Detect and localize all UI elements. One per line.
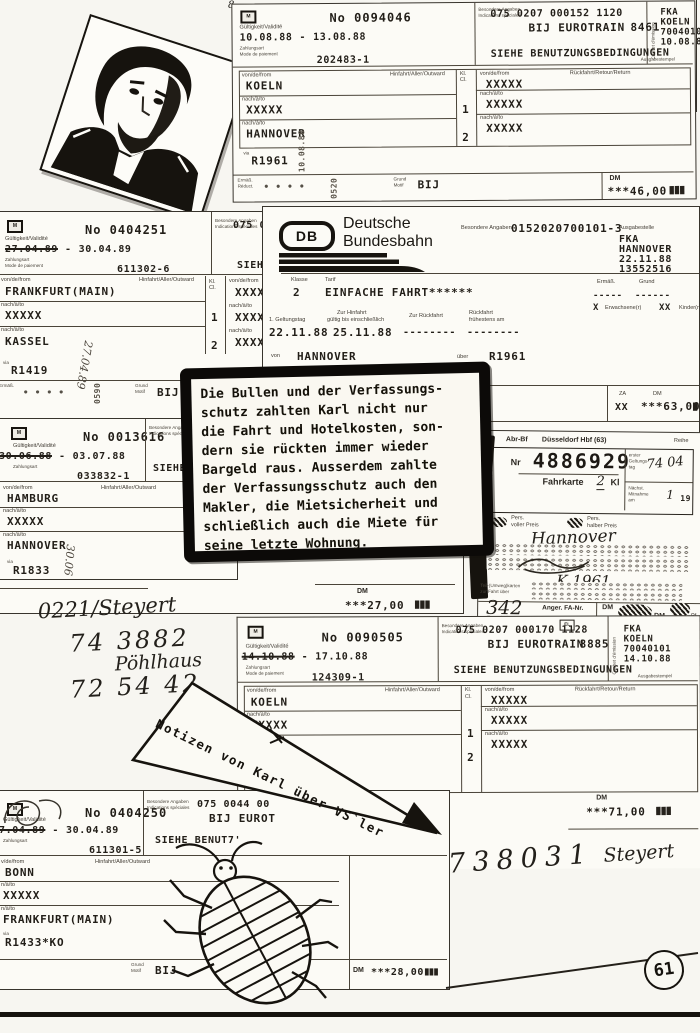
class-label-fr: Cl. xyxy=(460,77,467,83)
outward-label: Hinfahrt/Aller/Outward xyxy=(390,71,445,78)
return-to: XXXXX xyxy=(486,99,523,111)
class-label: Kl. xyxy=(465,687,472,693)
via-label: via xyxy=(3,360,9,365)
outward-valid-label-1: Zur Hinfahrt xyxy=(337,310,367,316)
scanned-page: { "page": { "number": "61" }, "labels": … xyxy=(0,0,700,1033)
tariff-label: Tarif xyxy=(325,277,336,283)
return-from-label: von/de/from xyxy=(480,71,510,78)
outward-valid-value: 25.11.88 xyxy=(333,327,392,339)
issue-stamp-label: Cachet d'émission xyxy=(612,637,618,674)
payment-label-fr: Mode de paiement xyxy=(240,51,278,57)
portrait-photo xyxy=(39,14,250,222)
rule xyxy=(240,94,456,97)
reason-label: Grund xyxy=(639,279,655,285)
issue-stamp-line: 70040101 xyxy=(660,27,700,37)
rule xyxy=(315,584,455,585)
arrow-banner xyxy=(120,672,465,847)
return-to-label: nach/à/to xyxy=(485,707,508,713)
issue-stamp-line: FKA xyxy=(624,624,642,634)
validity-label: Gültigkeit/Validité xyxy=(5,236,48,242)
db-logo: DB xyxy=(279,221,335,251)
return-valid-label: Zur Rückfahrt xyxy=(409,313,443,319)
currency-label: DM xyxy=(596,795,607,803)
reason-dashes: ------ xyxy=(635,291,671,301)
detour-label-1: Teil-(Umweg)karten xyxy=(480,583,520,589)
outward-label: Hinfahrt/Aller/Outward xyxy=(139,277,194,283)
validity-dates: 7.04.89-30.04.89 xyxy=(0,825,119,836)
validity-dates: 10.08.88-13.08.88 xyxy=(240,32,367,44)
price: ***71,00 xyxy=(586,806,645,818)
rule xyxy=(481,705,697,707)
handwritten-date: 74 04 xyxy=(646,454,684,472)
currency-label: DM xyxy=(610,175,621,183)
vertical-stamp: 10.08.88 xyxy=(297,130,306,173)
currency-label: DM xyxy=(602,604,613,612)
first-day-value: 22.11.88 xyxy=(269,327,328,339)
reason-label: Grund xyxy=(135,383,148,388)
from-label: von xyxy=(271,353,280,359)
za-label: ZA xyxy=(619,391,626,397)
return-to: XXXXX xyxy=(491,739,528,751)
outward-valid-label-2: gültig bis einschließlich xyxy=(327,317,384,323)
reason-code: BIJ xyxy=(157,387,179,399)
product-name: BIJ EUROTRAIN xyxy=(488,639,585,651)
from-label: von/de/from xyxy=(1,277,31,283)
reason-label-fr: Motif xyxy=(394,182,404,187)
outward-label: Hinfahrt/Aller/Outward xyxy=(101,485,156,491)
rule xyxy=(0,326,205,327)
serial-number: 202483-1 xyxy=(317,55,370,66)
half-fare-label-1: Pers. xyxy=(587,516,600,523)
issue-stamp-caption: Ausgabestempel xyxy=(638,673,672,679)
brand-line-2: Bundesbahn xyxy=(343,233,433,251)
vertical-code: 0520 xyxy=(330,178,339,199)
conditions-note: SIEHE BENUTZUNGSBEDINGUNGEN xyxy=(454,664,633,676)
db-logo-text: DB xyxy=(296,228,318,244)
to-label: nach/à/to xyxy=(242,96,265,103)
payment-label: Zahlungsart xyxy=(13,464,37,469)
class-unit-label: Kl xyxy=(610,478,619,486)
adult-label: Erwachsene(r) xyxy=(605,305,641,311)
class-1: 1 xyxy=(467,728,474,740)
special-info-value: 0152020700101-3 xyxy=(511,223,622,235)
price: ***46,00 xyxy=(608,186,667,198)
beetle-illustration xyxy=(160,838,340,1016)
rule xyxy=(145,419,146,481)
class-label-fr: Cl. xyxy=(465,694,472,700)
rule xyxy=(481,686,482,792)
payment-label: Zahlungsart xyxy=(3,838,27,843)
rule xyxy=(568,828,698,829)
to-city: KASSEL xyxy=(5,336,50,348)
to-city: HANNOVER xyxy=(7,540,66,552)
railway-union-logo-icon: M xyxy=(7,220,23,233)
via-label: via xyxy=(7,559,13,564)
class-label: Klasse xyxy=(291,277,308,283)
price: ***63,00 xyxy=(641,401,700,413)
to-city: XXXXX xyxy=(5,310,42,322)
return-to-label: nach/à/to xyxy=(229,328,252,334)
price: ***27,00 xyxy=(345,600,404,612)
route-table: von/de/from Hinfahrt/Aller/Outward KOELN… xyxy=(239,67,692,148)
via-label: über xyxy=(457,354,468,360)
full-fare-label-1: Pers. xyxy=(511,515,524,522)
tariff-code: 075 0207 000152 1120 xyxy=(490,8,622,20)
reduction-label: Ermäß. xyxy=(597,279,615,285)
validity-day-label-1: erster xyxy=(629,452,641,458)
payment-label: Zahlungsart xyxy=(5,257,29,262)
fahrkarte-duesseldorf: Abr-Bf Düsseldorf Hbf (63) Reihe Nr 4886… xyxy=(477,430,700,624)
price-xx: XX xyxy=(615,402,628,413)
companion-label-2: Mitnahme xyxy=(628,491,648,497)
handwritten-class: 2 xyxy=(596,474,604,490)
station-name: Düsseldorf Hbf (63) xyxy=(542,436,607,445)
to-city: XXXXX xyxy=(246,104,283,116)
issue-stamp-line: KOELN xyxy=(624,634,654,644)
validity-dates: 30.06.88-03.07.88 xyxy=(0,451,126,462)
rule xyxy=(624,449,626,510)
earliest-return-label-2: frühestens am xyxy=(469,317,504,323)
issue-stamp-line: KOELN xyxy=(660,17,690,27)
payment-label-fr: Mode de paiement xyxy=(5,263,43,268)
earliest-return-dashes: -------- xyxy=(467,327,520,338)
from-label: von/de/from xyxy=(242,72,272,79)
from-label: von/de/from xyxy=(3,485,33,491)
first-day-label: 1. Geltungstag xyxy=(269,317,305,323)
ticket-number: 4886929 xyxy=(533,449,632,472)
reason-label: Grund xyxy=(131,962,144,967)
rule xyxy=(240,118,456,121)
to-label: nach/à/to xyxy=(242,120,265,127)
typewritten-note: Die Bullen und der Verfassungs- schutz z… xyxy=(191,373,483,551)
validity-label: Gültigkeit/Validité xyxy=(246,644,289,651)
reduction-label-fr: Réduct. xyxy=(238,183,254,189)
validity-dates: 14.10.88-17.10.88 xyxy=(242,651,369,662)
reason-code: BIJ xyxy=(418,179,440,191)
issue-stamp-caption: Ausgabestempel xyxy=(641,57,675,63)
reduction-dots: ∙ ∙ ∙ ∙ xyxy=(264,182,306,192)
payment-label: Zahlungsart xyxy=(246,665,270,670)
rule xyxy=(205,276,206,354)
earliest-return-label-1: Rückfahrt xyxy=(469,310,493,316)
issue-stamp-line: 70040101 xyxy=(624,644,671,654)
validity-label: Gültigkeit/Validité xyxy=(239,24,282,31)
rule xyxy=(0,301,205,302)
rule xyxy=(225,276,226,354)
rule xyxy=(456,70,458,146)
rule xyxy=(601,172,602,199)
page-bottom-rule xyxy=(0,1012,700,1017)
return-to-label: nach/à/to xyxy=(480,91,503,98)
via-route: R1433*KO xyxy=(5,937,64,949)
to-city: XXXXX xyxy=(7,516,44,528)
currency-label: DM xyxy=(353,967,364,975)
rule xyxy=(211,212,212,274)
currency-label: DM xyxy=(357,588,368,596)
reason-label-fr: Motif xyxy=(131,968,141,973)
reduction-label: Ermäß. xyxy=(238,177,253,183)
validity-label: Gültigkeit/Validité xyxy=(3,817,46,823)
price-blocks: ███ xyxy=(656,807,672,815)
payment-label: Zahlungsart xyxy=(240,45,264,51)
issue-stamp-line: 14.10.88 xyxy=(624,654,671,664)
class-2: 2 xyxy=(211,340,218,352)
tariff-code: 075 0207 000170 1128 xyxy=(456,625,588,636)
scan-edge-line xyxy=(696,0,697,112)
outward-label: Hinfahrt/Aller/Outward xyxy=(95,859,150,865)
from-city: HANNOVER xyxy=(297,351,356,363)
to-label: n/à/to xyxy=(1,882,15,888)
to-label: nach/à/to xyxy=(3,532,26,538)
return-to-label: nach/à/to xyxy=(485,731,508,737)
page-number: 61 xyxy=(652,959,675,982)
return-valid-dashes: -------- xyxy=(403,327,456,338)
product-number: 8885 xyxy=(580,639,610,651)
child-label: Kinder(n) xyxy=(679,305,700,311)
from-city: FRANKFURT(MAIN) xyxy=(5,286,116,298)
railway-union-logo-icon: M xyxy=(248,626,264,639)
row-label: Reihe xyxy=(674,438,689,445)
fa-number-label: Anger. FA-Nr. xyxy=(542,605,583,613)
ticket-number-box: Nr 4886929 Fahrkarte 2 Kl erster Geltung… xyxy=(487,447,694,515)
companion-label-3: am xyxy=(628,497,634,502)
via-route: R1961 xyxy=(489,351,526,363)
rule xyxy=(476,70,478,146)
reason-label: Grund xyxy=(394,176,407,181)
validity-dates: 27.04.89-30.04.89 xyxy=(5,244,132,255)
ticket-number: No 0094046 xyxy=(329,11,411,25)
vertical-code: 0590 xyxy=(93,383,102,404)
from-city: HAMBURG xyxy=(7,493,59,505)
price-blocks: ███ xyxy=(670,186,686,194)
to-city: XXXXX xyxy=(3,890,40,902)
rule xyxy=(481,729,697,731)
rule xyxy=(476,112,690,114)
typewritten-note-frame: Die Bullen und der Verfassungs- schutz z… xyxy=(180,362,494,563)
return-to-label: nach/à/to xyxy=(229,303,252,309)
to-city: FRANKFURT(MAIN) xyxy=(3,914,114,926)
railway-union-logo-icon: M xyxy=(240,10,256,23)
class-value: 2 xyxy=(293,287,300,299)
price: ***28,00 xyxy=(371,967,424,978)
to-label: nach/à/to xyxy=(3,508,26,514)
to-label: nach/à/to xyxy=(1,302,24,308)
validity-day-label-3: tag xyxy=(629,464,635,469)
handwritten-count: 1 xyxy=(666,488,674,502)
crossed-icon xyxy=(567,518,583,528)
return-label: Rückfahrt/Retour/Return xyxy=(570,70,631,77)
return-from-label: von/de/from xyxy=(229,278,259,284)
issue-office-label: Ausgabestelle xyxy=(619,225,654,231)
railway-union-logo-icon: M xyxy=(11,427,27,440)
rule xyxy=(476,88,690,90)
reduction-label: Ermäß. xyxy=(0,383,14,388)
route-table: von/de/from Hinfahrt/Aller/Outward FRANK… xyxy=(0,276,299,354)
tariff-value: EINFACHE FAHRT****** xyxy=(325,287,473,299)
special-info-label: Besondere Angaben xyxy=(461,225,512,231)
class-label-fr: Cl. xyxy=(209,285,216,291)
class-1: 1 xyxy=(211,312,218,324)
pfennig-scribble xyxy=(670,603,690,616)
issue-stamp-line: FKA xyxy=(660,8,678,18)
return-label: Rückfahrt/Retour/Return xyxy=(575,686,636,693)
rule xyxy=(474,3,475,65)
class-1: 1 xyxy=(462,104,470,116)
reason-label-fr: Motif xyxy=(135,389,145,394)
via-route: R1961 xyxy=(251,155,288,167)
class-2: 2 xyxy=(467,752,474,764)
currency-label: DM xyxy=(653,391,662,397)
via-label: via xyxy=(243,151,249,156)
price-block: █ xyxy=(693,403,698,411)
return-from-label: von/de/from xyxy=(485,687,515,694)
from-label: v/de/from xyxy=(1,859,24,865)
class-2: 2 xyxy=(462,132,470,144)
abr-label: Abr-Bf xyxy=(506,436,528,444)
rule xyxy=(463,385,699,386)
scan-line xyxy=(0,588,148,589)
return-to-label: nach/à/to xyxy=(480,115,503,122)
security-band xyxy=(530,591,682,601)
reduction-dashes: ----- xyxy=(593,291,623,301)
rule xyxy=(607,385,608,421)
companion-label-1: Nächst. xyxy=(628,485,644,491)
to-label: n/à/to xyxy=(1,906,15,912)
from-city: KOELN xyxy=(246,80,283,92)
return-to: XXXXX xyxy=(486,123,523,135)
child-mark: XX xyxy=(659,303,671,313)
to-label: nach/à/to xyxy=(1,327,24,333)
ticket-number: No 0090505 xyxy=(322,631,404,644)
ticket-eurotrain-top: M Gültigkeit/Validité 10.08.88-13.08.88 … xyxy=(231,0,696,202)
security-band xyxy=(530,581,682,591)
nr-label: Nr xyxy=(511,458,521,466)
brand-line-1: Deutsche xyxy=(343,215,411,233)
return-to: XXXXX xyxy=(491,715,528,727)
via-route: R1419 xyxy=(11,365,48,377)
handwritten-name: Steyert xyxy=(603,840,675,867)
adult-mark: X xyxy=(593,303,599,313)
price-blocks: ███ xyxy=(415,601,431,609)
year-prefix: 19 xyxy=(680,494,691,503)
full-fare-label-2: voller Preis xyxy=(511,522,539,529)
rule xyxy=(281,273,699,274)
rule xyxy=(0,380,195,381)
train-graphic xyxy=(279,253,431,273)
via-route: R1833 xyxy=(13,565,50,577)
issue-stamp-label: Cachet d'émission xyxy=(650,22,656,59)
portrait-illustration xyxy=(43,17,244,215)
validity-label: Gültigkeit/Validité xyxy=(13,443,56,449)
rule xyxy=(624,481,692,483)
ticket-type-label: Fahrkarte xyxy=(542,478,583,486)
issue-stamp-line: 10.08.88 xyxy=(661,37,700,47)
ticket-number: No 0404251 xyxy=(85,224,167,237)
reduction-dots: ∙ ∙ ∙ ∙ xyxy=(23,388,64,398)
handwritten-date-scribble: 30.06 xyxy=(61,544,77,577)
from-city: BONN xyxy=(5,867,35,879)
detour-label-2: zur Fahrt über xyxy=(480,589,509,595)
rule xyxy=(349,855,350,989)
product-name: BIJ EUROTRAIN xyxy=(528,22,625,35)
price-blocks: ███ xyxy=(425,969,439,976)
